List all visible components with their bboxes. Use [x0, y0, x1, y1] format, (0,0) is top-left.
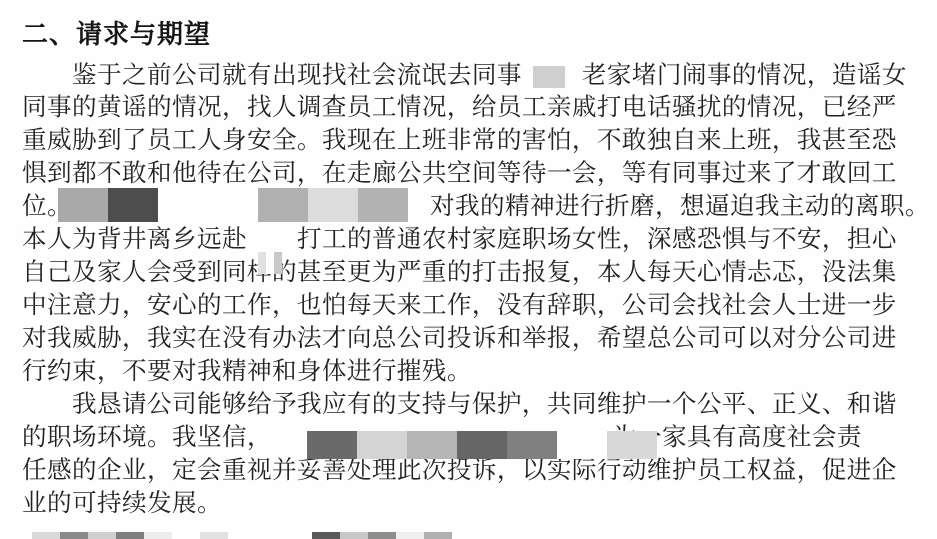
mosaic-tile: [357, 431, 407, 459]
text-segment: 本人为背井离乡远赴: [22, 224, 247, 253]
mosaic-tile: [308, 188, 358, 222]
text-segment: 打工的普通农村家庭职场女性，深感恐惧与不安，担心: [297, 224, 897, 253]
mosaic-tile: [200, 532, 228, 539]
mosaic-tile: [228, 532, 256, 539]
text-segment: 对我的精神进行折磨，想逼迫我主动的离职。: [430, 191, 930, 220]
mosaic-tile: [607, 431, 657, 459]
mosaic-tile: [368, 532, 396, 539]
mosaic-tile: [32, 532, 60, 539]
mosaic-tile: [208, 188, 258, 222]
paragraph-2-line-1: 我恳请公司能够给予我应有的支持与保护，共同维护一个公平、正义、和谐: [72, 389, 897, 419]
mosaic-tile: [307, 431, 357, 459]
mosaic-tile: [557, 431, 607, 459]
paragraph-1-line-7: 自己及家人会受到同样的甚至更为严重的打击报复，本人每天心情忐忑，没法集: [22, 257, 897, 287]
mosaic-tile: [340, 532, 368, 539]
mosaic-tile: [88, 532, 116, 539]
paragraph-2-line-4: 业的可持续发展。: [22, 488, 222, 518]
paragraph-1-line-2: 同事的黄谣的情况，找人调查员工情况，给员工亲戚打电话骚扰的情况，已经严: [22, 92, 897, 122]
text-segment: 老家堵门闹事的情况，造谣女: [582, 60, 907, 89]
mosaic-tile: [258, 188, 308, 222]
mosaic-tile: [312, 532, 340, 539]
text-segment: 的职场环境。我坚信，: [22, 422, 272, 451]
mosaic-tile: [457, 431, 507, 459]
paragraph-1-line-10: 行约束，不要对我精神和身体进行摧残。: [22, 356, 472, 386]
mosaic-redaction-2: [307, 431, 657, 459]
mosaic-tile: [172, 532, 200, 539]
mosaic-tile: [396, 532, 424, 539]
mosaic-tile: [58, 188, 108, 222]
mosaic-redaction-5: [533, 66, 565, 88]
mosaic-tile: [424, 532, 452, 539]
mosaic-tile: [284, 532, 312, 539]
paragraph-1-line-4: 惧到都不敢和他待在公司，在走廊公共空间等待一会，等有同事过来了才敢回工: [22, 158, 897, 188]
section-title: 二、请求与期望: [22, 14, 211, 51]
mosaic-tile: [158, 188, 208, 222]
paragraph-1-line-8: 中注意力，安心的工作，也怕每天来工作，没有辞职，公司会找社会人士进一步: [22, 290, 897, 320]
mosaic-tile: [407, 431, 457, 459]
paragraph-1-line-3: 重威胁到了员工人身安全。我现在上班非常的害怕，不敢独自来上班，我甚至恐: [22, 125, 897, 155]
mosaic-tile: [358, 188, 408, 222]
paragraph-1-line-1: 鉴于之前公司就有出现找社会流氓去同事老家堵门闹事的情况，造谣女: [72, 60, 907, 90]
mosaic-tile: [60, 532, 88, 539]
mosaic-tile: [116, 532, 144, 539]
mosaic-redaction-4: [258, 252, 282, 274]
mosaic-redaction-1: [58, 188, 408, 222]
text-segment: 鉴于之前公司就有出现找社会流氓去同事: [72, 60, 522, 89]
paragraph-1-line-9: 对我威胁，我实在没有办法才向总公司投诉和举报，希望总公司可以对分公司进: [22, 323, 897, 353]
paragraph-2-line-3: 任感的企业，定会重视并妥善处理此次投诉，以实际行动维护员工权益，促进企: [22, 455, 897, 485]
mosaic-tile: [507, 431, 557, 459]
mosaic-tile: [144, 532, 172, 539]
paragraph-1-line-6: 本人为背井离乡远赴打工的普通农村家庭职场女性，深感恐惧与不安，担心: [22, 224, 897, 254]
mosaic-redaction-3: [32, 532, 452, 539]
mosaic-tile: [108, 188, 158, 222]
mosaic-tile: [256, 532, 284, 539]
